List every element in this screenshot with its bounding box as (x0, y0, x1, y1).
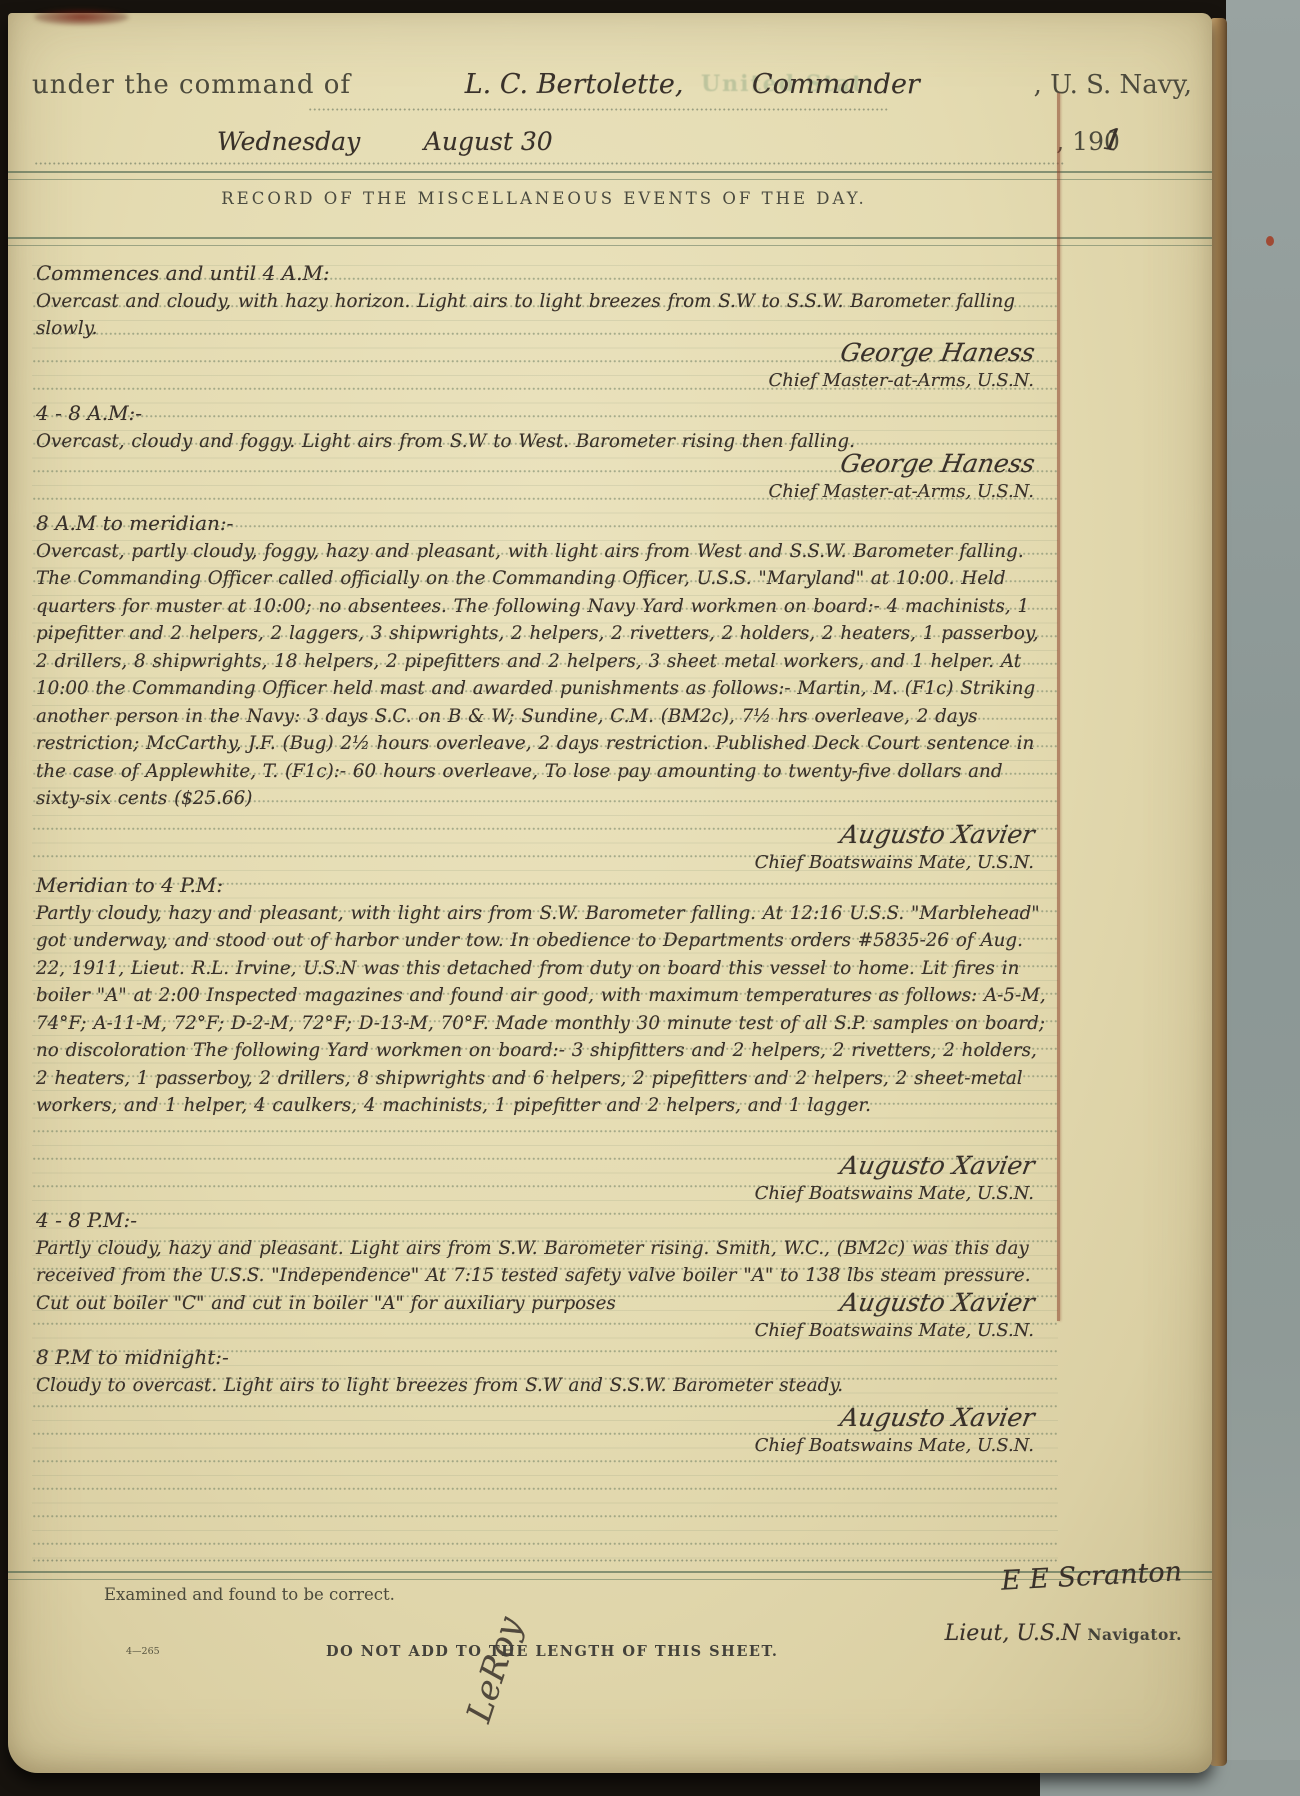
examiner-signature: E E Scranton (1000, 1556, 1182, 1596)
signature-name: Augusto Xavier (752, 1404, 1036, 1432)
examiner-rank-line: Lieut, U.S.N Navigator. (945, 1621, 1182, 1646)
log-entry: 8 P.M to midnight:- Cloudy to overcast. … (36, 1344, 1054, 1399)
signature-name: George Haness (766, 339, 1036, 367)
entry-body: Partly cloudy, hazy and pleasant, with l… (36, 900, 1054, 1120)
commander-handwritten: L. C. Bertolette, Commander (465, 69, 920, 100)
commander-blank: L. C. Bertolette, Commander (351, 69, 1034, 100)
signature-name: Augusto Xavier (752, 821, 1036, 849)
blank-dotted-line (308, 108, 888, 111)
entry-period: 8 P.M to midnight:- (36, 1344, 1054, 1372)
printed-command-prefix: under the command of (32, 70, 351, 100)
signature-title: Chief Boatswains Mate, U.S.N. (755, 1317, 1034, 1345)
date-blank: Wednesday August 30 (32, 127, 1056, 156)
signature-block: Augusto Xavier Chief Boatswains Mate, U.… (755, 821, 1034, 876)
entry-period: Commences and until 4 A.M: (36, 260, 1054, 288)
examiner-rank-handwritten: Lieut, U.S.N (945, 1621, 1081, 1646)
signature-title: Chief Boatswains Mate, U.S.N. (755, 1180, 1034, 1208)
entry-period: 4 - 8 P.M:- (36, 1207, 1054, 1235)
signature-block: Augusto Xavier Chief Boatswains Mate, U.… (755, 1289, 1034, 1344)
navigator-printed-label: Navigator. (1087, 1625, 1182, 1644)
signature-block: George Haness Chief Master-at-Arms, U.S.… (769, 339, 1035, 394)
log-entry: 4 - 8 A.M:- Overcast, cloudy and foggy. … (36, 400, 1054, 455)
log-sheet: United Stat under the command of L. C. B… (8, 13, 1212, 1773)
signature-title: Chief Master-at-Arms, U.S.N. (769, 478, 1035, 506)
date-handwritten: Wednesday August 30 (32, 127, 553, 156)
log-entry: 8 A.M to meridian:- Overcast, partly clo… (36, 510, 1054, 813)
entry-period: 4 - 8 A.M:- (36, 400, 1054, 428)
date-line: Wednesday August 30 , 190 1 (32, 123, 1122, 158)
log-entry: Meridian to 4 P.M: Partly cloudy, hazy a… (36, 872, 1054, 1120)
command-line: under the command of L. C. Bertolette, C… (32, 69, 1192, 100)
entry-period: 8 A.M to meridian:- (36, 510, 1054, 538)
bottom-dotted-rule (32, 1559, 1058, 1562)
signature-name: Augusto Xavier (752, 1152, 1036, 1180)
blank-dotted-line (34, 162, 1064, 165)
ink-smudge (34, 9, 129, 25)
entry-body: Cloudy to overcast. Light airs to light … (36, 1372, 1054, 1400)
form-number: 4—265 (126, 1646, 160, 1657)
log-entry: Commences and until 4 A.M: Overcast and … (36, 260, 1054, 343)
vertical-scrawl: LeRoy (459, 1612, 530, 1727)
signature-name: Augusto Xavier (752, 1289, 1036, 1317)
entry-period: Meridian to 4 P.M: (36, 872, 1054, 900)
signature-name: George Haness (766, 450, 1036, 478)
signature-block: Augusto Xavier Chief Boatswains Mate, U.… (755, 1152, 1034, 1207)
binding-red-line (1057, 93, 1060, 1321)
section-title: RECORD OF THE MISCELLANEOUS EVENTS OF TH… (34, 189, 1054, 208)
year-correction-handwritten: 1 (1100, 122, 1124, 160)
signature-title: Chief Master-at-Arms, U.S.N. (769, 367, 1035, 395)
do-not-add-note: DO NOT ADD TO THE LENGTH OF THIS SHEET. (326, 1643, 778, 1660)
double-rule (8, 237, 1212, 246)
scanned-logbook-photo: { "document": { "header": { "printed_pre… (0, 0, 1300, 1796)
signature-title: Chief Boatswains Mate, U.S.N. (755, 1432, 1034, 1460)
red-speck (1266, 236, 1274, 246)
entry-body: Overcast, partly cloudy, foggy, hazy and… (36, 538, 1054, 813)
double-rule (8, 171, 1212, 180)
signature-block: George Haness Chief Master-at-Arms, U.S.… (769, 450, 1035, 505)
signature-block: Augusto Xavier Chief Boatswains Mate, U.… (755, 1404, 1034, 1459)
entry-body: Overcast and cloudy, with hazy horizon. … (36, 288, 1054, 343)
book-backing-right (1226, 0, 1300, 1796)
examined-note: Examined and found to be correct. (104, 1585, 395, 1604)
